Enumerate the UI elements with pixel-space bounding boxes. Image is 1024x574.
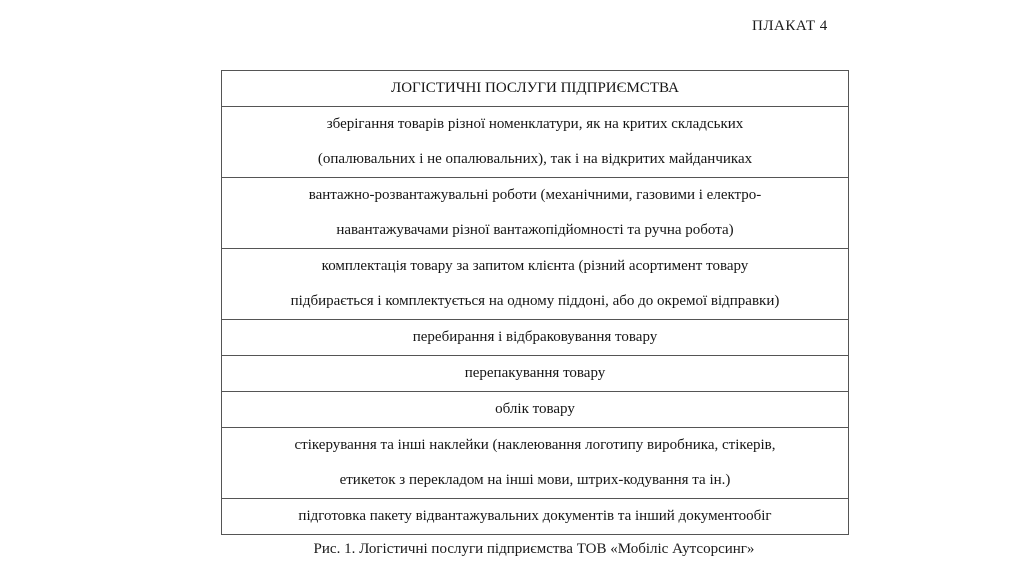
- service-cell: підготовка пакету відвантажувальних доку…: [222, 499, 849, 535]
- service-text-line: комплектація товару за запитом клієнта (…: [228, 249, 842, 284]
- service-cell: перепакування товару: [222, 356, 849, 392]
- service-text-line: перепакування товару: [228, 356, 842, 391]
- service-row: перепакування товару: [222, 356, 849, 392]
- service-row: зберігання товарів різної номенклатури, …: [222, 107, 849, 178]
- table-header-row: ЛОГІСТИЧНІ ПОСЛУГИ ПІДПРИЄМСТВА: [222, 71, 849, 107]
- service-cell: перебирання і відбраковування товару: [222, 320, 849, 356]
- service-row: комплектація товару за запитом клієнта (…: [222, 249, 849, 320]
- logistics-services-table: ЛОГІСТИЧНІ ПОСЛУГИ ПІДПРИЄМСТВА зберіган…: [221, 70, 849, 535]
- service-row: стікерування та інші наклейки (наклеюван…: [222, 428, 849, 499]
- service-cell: вантажно-розвантажувальні роботи (механі…: [222, 178, 849, 249]
- service-cell: стікерування та інші наклейки (наклеюван…: [222, 428, 849, 499]
- service-text-line: етикеток з перекладом на інші мови, штри…: [228, 463, 842, 498]
- service-row: підготовка пакету відвантажувальних доку…: [222, 499, 849, 535]
- service-row: облік товару: [222, 392, 849, 428]
- service-cell: комплектація товару за запитом клієнта (…: [222, 249, 849, 320]
- service-text-line: зберігання товарів різної номенклатури, …: [228, 107, 842, 142]
- service-text-line: облік товару: [228, 392, 842, 427]
- service-text-line: перебирання і відбраковування товару: [228, 320, 842, 355]
- service-row: вантажно-розвантажувальні роботи (механі…: [222, 178, 849, 249]
- service-cell: облік товару: [222, 392, 849, 428]
- table-header-cell: ЛОГІСТИЧНІ ПОСЛУГИ ПІДПРИЄМСТВА: [222, 71, 849, 107]
- poster-label: ПЛАКАТ 4: [752, 18, 828, 35]
- service-text-line: навантажувачами різної вантажопідйомност…: [228, 213, 842, 248]
- service-text-line: підготовка пакету відвантажувальних доку…: [228, 499, 842, 534]
- service-text-line: стікерування та інші наклейки (наклеюван…: [228, 428, 842, 463]
- figure-caption: Рис. 1. Логістичні послуги підприємства …: [0, 541, 1024, 558]
- service-text-line: вантажно-розвантажувальні роботи (механі…: [228, 178, 842, 213]
- service-row: перебирання і відбраковування товару: [222, 320, 849, 356]
- service-cell: зберігання товарів різної номенклатури, …: [222, 107, 849, 178]
- table-body: ЛОГІСТИЧНІ ПОСЛУГИ ПІДПРИЄМСТВА зберіган…: [222, 71, 849, 535]
- service-text-line: підбирається і комплектується на одному …: [228, 284, 842, 319]
- service-text-line: (опалювальних і не опалювальних), так і …: [228, 142, 842, 177]
